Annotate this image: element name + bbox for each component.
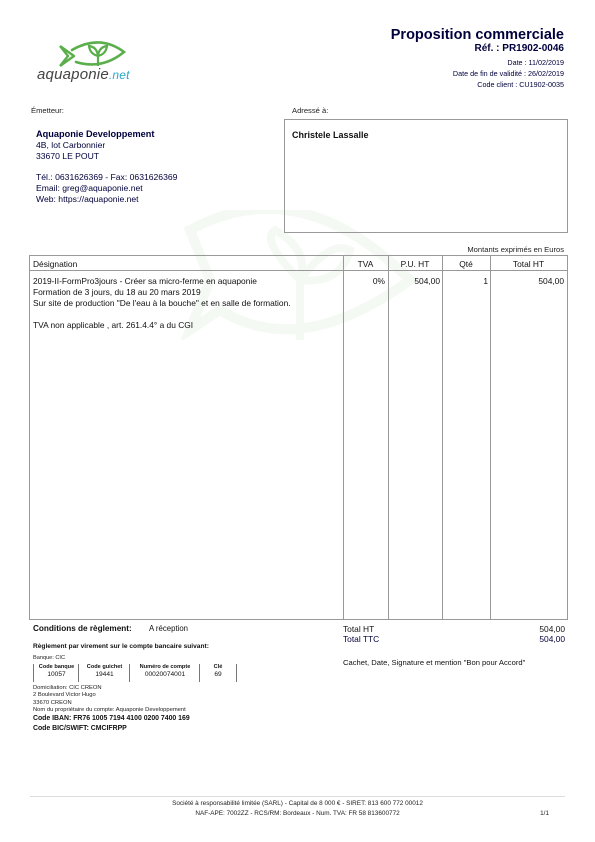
sender-email[interactable]: Email: greg@aquaponie.net — [36, 183, 177, 194]
sender-label: Émetteur: — [31, 106, 64, 115]
description-line: Sur site de production "De l'eau à la bo… — [33, 298, 291, 309]
header-tva: TVA — [343, 259, 388, 269]
sender-address-2: 33670 LE POUT — [36, 151, 177, 162]
bank-code-cell: Code banque 10057 — [33, 664, 79, 682]
table-header-divider — [30, 270, 567, 271]
header-designation: Désignation — [33, 259, 77, 269]
branch-code-label: Code guichet — [79, 664, 130, 670]
recipient-label: Adressé à: — [292, 106, 328, 115]
bank-domiciliation: Domiciliation: CIC CREON 2 Boulevard Vic… — [33, 685, 186, 715]
signature-note: Cachet, Date, Signature et mention "Bon … — [343, 658, 525, 667]
key-cell: Clé 69 — [199, 664, 237, 682]
items-table: Désignation TVA P.U. HT Qté Total HT 201… — [29, 255, 568, 620]
payment-conditions-value: A réception — [149, 624, 188, 633]
row-pu-ht: 504,00 — [388, 276, 440, 286]
account-number-cell: Numéro de compte 00020074001 — [129, 664, 200, 682]
footer-legal-1: Société à responsabilité limitée (SARL) … — [0, 800, 595, 807]
recipient-box: Christele Lassalle — [284, 119, 568, 233]
validity-date: Date de fin de validité : 26/02/2019 — [453, 69, 564, 78]
sender-web[interactable]: Web: https://aquaponie.net — [36, 194, 177, 205]
total-ttc-row: Total TTC 504,00 — [343, 634, 565, 644]
branch-code-cell: Code guichet 19441 — [78, 664, 130, 682]
document-reference: Réf. : PR1902-0046 — [475, 43, 565, 54]
row-qty: 1 — [442, 276, 488, 286]
key-value: 69 — [200, 671, 236, 678]
document-title: Proposition commerciale — [391, 27, 564, 43]
total-ht-value: 504,00 — [539, 624, 565, 634]
footer-divider — [30, 796, 565, 797]
payment-conditions-label: Conditions de règlement: — [33, 624, 132, 633]
column-divider — [343, 256, 344, 619]
currency-note: Montants exprimés en Euros — [467, 245, 564, 254]
total-ttc-label: Total TTC — [343, 634, 379, 644]
header-total-ht: Total HT — [490, 259, 567, 269]
account-number-label: Numéro de compte — [130, 664, 200, 670]
bank-code-label: Code banque — [34, 664, 79, 670]
column-divider — [490, 256, 491, 619]
bic-code: Code BIC/SWIFT: CMCIFRPP — [33, 725, 127, 732]
table-row-description: 2019-II-FormPro3jours - Créer sa micro-f… — [33, 276, 291, 331]
header-qty: Qté — [442, 259, 490, 269]
domiciliation-text: Domiciliation: CIC CREON — [33, 685, 186, 692]
sender-block: Aquaponie Developpement 4B, lot Carbonni… — [36, 129, 177, 205]
footer-legal-2: NAF-APE: 7002ZZ - RCS/RM: Bordeaux - Num… — [0, 810, 595, 817]
total-ht-label: Total HT — [343, 624, 374, 634]
bank-address-2: 33670 CREON — [33, 700, 186, 707]
page-number: 1/1 — [540, 810, 549, 817]
bank-name: Banque: CIC — [33, 655, 65, 661]
total-ht-row: Total HT 504,00 — [343, 624, 565, 634]
column-divider — [388, 256, 389, 619]
description-line: 2019-II-FormPro3jours - Créer sa micro-f… — [33, 276, 291, 287]
sender-address-1: 4B, lot Carbonnier — [36, 140, 177, 151]
row-total-ht: 504,00 — [490, 276, 564, 286]
logo-wordmark: aquaponie.net — [37, 66, 130, 83]
branch-code-value: 19441 — [79, 671, 130, 678]
client-code: Code client : CU1902-0035 — [477, 80, 564, 89]
sender-phone: Tél.: 0631626369 - Fax: 0631626369 — [36, 172, 177, 183]
key-label: Clé — [200, 664, 236, 670]
bank-address-1: 2 Boulevard Victor Hugo — [33, 692, 186, 699]
account-owner: Nom du propriétaire du compte: Aquaponie… — [33, 707, 186, 714]
description-line: TVA non applicable , art. 261.4.4° a du … — [33, 320, 291, 331]
document-date: Date : 11/02/2019 — [507, 58, 564, 67]
header-pu-ht: P.U. HT — [388, 259, 442, 269]
column-divider — [442, 256, 443, 619]
iban-code: Code IBAN: FR76 1005 7194 4100 0200 7400… — [33, 715, 190, 722]
sender-name: Aquaponie Developpement — [36, 129, 177, 140]
account-number-value: 00020074001 — [130, 671, 200, 678]
recipient-name: Christele Lassalle — [292, 130, 369, 140]
logo-name: aquaponie — [37, 66, 109, 83]
bank-code-value: 10057 — [34, 671, 79, 678]
logo-suffix: .net — [109, 68, 130, 82]
total-ttc-value: 504,00 — [539, 634, 565, 644]
description-line: Formation de 3 jours, du 18 au 20 mars 2… — [33, 287, 291, 298]
bank-transfer-title: Règlement par virement sur le compte ban… — [33, 643, 209, 650]
row-tva: 0% — [343, 276, 385, 286]
